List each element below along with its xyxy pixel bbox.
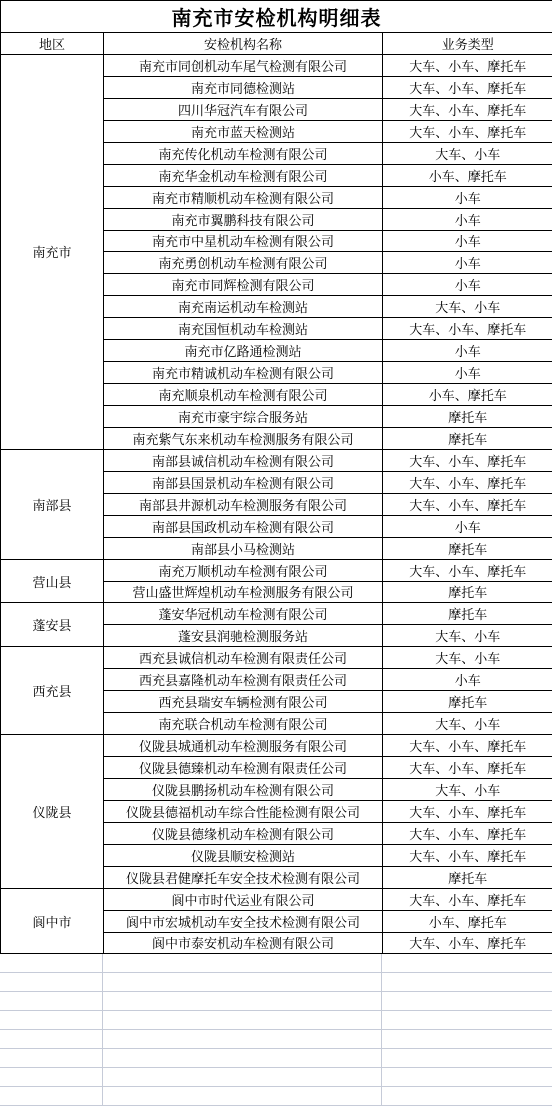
business-type-cell[interactable]: 大车、小车、摩托车 (383, 844, 552, 866)
region-cell[interactable]: 西充县 (1, 647, 104, 735)
business-type-cell[interactable]: 小车、摩托车 (383, 384, 552, 406)
empty-grid-row (0, 973, 552, 992)
org-name-cell[interactable]: 南充市蓝天检测站 (104, 120, 383, 142)
business-type-cell[interactable]: 摩托车 (383, 581, 552, 603)
empty-cell[interactable] (103, 973, 382, 992)
business-type-cell[interactable]: 大车、小车、摩托车 (383, 98, 552, 120)
org-name-cell[interactable]: 南充市翼鹏科技有限公司 (104, 208, 383, 230)
org-name-cell[interactable]: 蓬安华冠机动车检测有限公司 (104, 603, 383, 625)
business-type-cell[interactable]: 小车 (383, 340, 552, 362)
business-type-cell[interactable]: 大车、小车、摩托车 (383, 318, 552, 340)
empty-cell[interactable] (382, 1087, 552, 1106)
org-name-cell[interactable]: 南部县井源机动车检测服务有限公司 (104, 493, 383, 515)
business-type-cell[interactable]: 大车、小车、摩托车 (383, 757, 552, 779)
empty-cell[interactable] (0, 1049, 103, 1068)
spreadsheet-area: 南充市安检机构明细表 地区 安检机构名称 业务类型 南充市南充市同创机动车尾气检… (0, 0, 552, 1106)
empty-cell[interactable] (0, 992, 103, 1011)
business-type-cell[interactable]: 小车 (383, 252, 552, 274)
empty-cell[interactable] (103, 954, 382, 973)
org-name-cell[interactable]: 仪陇县鹏扬机动车检测有限公司 (104, 778, 383, 800)
org-name-cell[interactable]: 西充县瑞安车辆检测有限公司 (104, 691, 383, 713)
empty-cell[interactable] (0, 1068, 103, 1087)
empty-grid-row (0, 992, 552, 1011)
business-type-cell[interactable]: 大车、小车、摩托车 (383, 932, 552, 954)
table-row: 蓬安县蓬安华冠机动车检测有限公司摩托车 (1, 603, 552, 625)
org-name-cell[interactable]: 南充华金机动车检测有限公司 (104, 164, 383, 186)
business-type-cell[interactable]: 摩托车 (383, 406, 552, 428)
table-row: 阆中市阆中市时代运业有限公司大车、小车、摩托车 (1, 888, 552, 910)
org-name-cell[interactable]: 营山盛世辉煌机动车检测服务有限公司 (104, 581, 383, 603)
org-name-cell[interactable]: 南充市同辉检测有限公司 (104, 274, 383, 296)
empty-cell[interactable] (103, 992, 382, 1011)
empty-grid (0, 954, 552, 1106)
business-type-cell[interactable]: 大车、小车、摩托车 (383, 800, 552, 822)
business-type-cell[interactable]: 大车、小车、摩托车 (383, 76, 552, 98)
empty-cell[interactable] (382, 954, 552, 973)
org-name-cell[interactable]: 仪陇县德臻机动车检测有限责任公司 (104, 757, 383, 779)
org-name-cell[interactable]: 南充联合机动车检测有限公司 (104, 713, 383, 735)
empty-grid-row (0, 1087, 552, 1106)
org-name-cell[interactable]: 南充传化机动车检测有限公司 (104, 142, 383, 164)
business-type-cell[interactable]: 小车 (383, 208, 552, 230)
business-type-cell[interactable]: 摩托车 (383, 537, 552, 559)
business-type-cell[interactable]: 大车、小车、摩托车 (383, 55, 552, 77)
empty-grid-row (0, 1068, 552, 1087)
org-name-cell[interactable]: 南充市中星机动车检测有限公司 (104, 230, 383, 252)
org-name-cell[interactable]: 南部县小马检测站 (104, 537, 383, 559)
org-name-cell[interactable]: 南部县国景机动车检测有限公司 (104, 471, 383, 493)
business-type-cell[interactable]: 大车、小车、摩托车 (383, 735, 552, 757)
org-name-cell[interactable]: 南充顺泉机动车检测有限公司 (104, 384, 383, 406)
org-name-cell[interactable]: 阆中市宏城机动车安全技术检测有限公司 (104, 910, 383, 932)
business-type-cell[interactable]: 小车 (383, 274, 552, 296)
org-name-cell[interactable]: 西充县诚信机动车检测有限责任公司 (104, 647, 383, 669)
empty-cell[interactable] (0, 1087, 103, 1106)
business-type-cell[interactable]: 大车、小车、摩托车 (383, 471, 552, 493)
org-name-cell[interactable]: 南部县国政机动车检测有限公司 (104, 515, 383, 537)
empty-grid-row (0, 1049, 552, 1068)
col-header-org-name[interactable]: 安检机构名称 (104, 33, 383, 55)
business-type-cell[interactable]: 摩托车 (383, 427, 552, 449)
org-name-cell[interactable]: 仪陇县德福机动车综合性能检测有限公司 (104, 800, 383, 822)
empty-cell[interactable] (103, 1011, 382, 1030)
business-type-cell[interactable]: 大车、小车 (383, 625, 552, 647)
business-type-cell[interactable]: 大车、小车、摩托车 (383, 888, 552, 910)
empty-cell[interactable] (382, 973, 552, 992)
business-type-cell[interactable]: 大车、小车 (383, 778, 552, 800)
inspection-table: 地区 安检机构名称 业务类型 南充市南充市同创机动车尾气检测有限公司大车、小车、… (0, 32, 552, 954)
org-name-cell[interactable]: 南充紫气东来机动车检测服务有限公司 (104, 427, 383, 449)
org-name-cell[interactable]: 南充国恒机动车检测站 (104, 318, 383, 340)
business-type-cell[interactable]: 小车 (383, 515, 552, 537)
org-name-cell[interactable]: 仪陇县顺安检测站 (104, 844, 383, 866)
org-name-cell[interactable]: 南充市精顺机动车检测有限公司 (104, 186, 383, 208)
business-type-cell[interactable]: 摩托车 (383, 691, 552, 713)
business-type-cell[interactable]: 大车、小车、摩托车 (383, 493, 552, 515)
org-name-cell[interactable]: 南部县诚信机动车检测有限公司 (104, 449, 383, 471)
region-cell[interactable]: 蓬安县 (1, 603, 104, 647)
region-cell[interactable]: 南部县 (1, 449, 104, 559)
col-header-region[interactable]: 地区 (1, 33, 104, 55)
empty-grid-row (0, 954, 552, 973)
org-name-cell[interactable]: 蓬安县润驰检测服务站 (104, 625, 383, 647)
business-type-cell[interactable]: 大车、小车、摩托车 (383, 822, 552, 844)
empty-cell[interactable] (0, 973, 103, 992)
business-type-cell[interactable]: 小车 (383, 230, 552, 252)
empty-cell[interactable] (382, 992, 552, 1011)
business-type-cell[interactable]: 小车 (383, 186, 552, 208)
business-type-cell[interactable]: 摩托车 (383, 603, 552, 625)
region-cell[interactable]: 营山县 (1, 559, 104, 603)
table-body: 南充市南充市同创机动车尾气检测有限公司大车、小车、摩托车南充市同德检测站大车、小… (1, 55, 552, 954)
org-name-cell[interactable]: 仪陇县君健摩托车安全技术检测有限公司 (104, 866, 383, 888)
empty-cell[interactable] (382, 1011, 552, 1030)
table-row: 营山县南充万顺机动车检测有限公司大车、小车、摩托车 (1, 559, 552, 581)
business-type-cell[interactable]: 大车、小车、摩托车 (383, 120, 552, 142)
org-name-cell[interactable]: 南充市豪宇综合服务站 (104, 406, 383, 428)
region-cell[interactable]: 仪陇县 (1, 735, 104, 889)
table-row: 南充市南充市同创机动车尾气检测有限公司大车、小车、摩托车 (1, 55, 552, 77)
business-type-cell[interactable]: 大车、小车 (383, 296, 552, 318)
org-name-cell[interactable]: 仪陇县德缘机动车检测有限公司 (104, 822, 383, 844)
empty-cell[interactable] (382, 1049, 552, 1068)
org-name-cell[interactable]: 四川华冠汽车有限公司 (104, 98, 383, 120)
org-name-cell[interactable]: 南充市同创机动车尾气检测有限公司 (104, 55, 383, 77)
table-row: 南部县南部县诚信机动车检测有限公司大车、小车、摩托车 (1, 449, 552, 471)
table-row: 仪陇县仪陇县城通机动车检测服务有限公司大车、小车、摩托车 (1, 735, 552, 757)
empty-cell[interactable] (382, 1068, 552, 1087)
org-name-cell[interactable]: 南充万顺机动车检测有限公司 (104, 559, 383, 581)
org-name-cell[interactable]: 西充县嘉隆机动车检测有限责任公司 (104, 669, 383, 691)
org-name-cell[interactable]: 仪陇县城通机动车检测服务有限公司 (104, 735, 383, 757)
empty-cell[interactable] (382, 1030, 552, 1049)
table-title[interactable]: 南充市安检机构明细表 (0, 0, 552, 32)
region-cell[interactable]: 阆中市 (1, 888, 104, 954)
header-row: 地区 安检机构名称 业务类型 (1, 33, 552, 55)
business-type-cell[interactable]: 小车、摩托车 (383, 910, 552, 932)
empty-cell[interactable] (103, 1087, 382, 1106)
business-type-cell[interactable]: 小车 (383, 669, 552, 691)
business-type-cell[interactable]: 小车、摩托车 (383, 164, 552, 186)
business-type-cell[interactable]: 大车、小车、摩托车 (383, 559, 552, 581)
empty-grid-row (0, 1030, 552, 1049)
empty-grid-row (0, 1011, 552, 1030)
empty-cell[interactable] (0, 1030, 103, 1049)
business-type-cell[interactable]: 大车、小车 (383, 713, 552, 735)
business-type-cell[interactable]: 小车 (383, 362, 552, 384)
business-type-cell[interactable]: 大车、小车 (383, 142, 552, 164)
org-name-cell[interactable]: 南充市亿路通检测站 (104, 340, 383, 362)
business-type-cell[interactable]: 摩托车 (383, 866, 552, 888)
empty-cell[interactable] (103, 1030, 382, 1049)
col-header-business-type[interactable]: 业务类型 (383, 33, 552, 55)
table-row: 西充县西充县诚信机动车检测有限责任公司大车、小车 (1, 647, 552, 669)
org-name-cell[interactable]: 南充勇创机动车检测有限公司 (104, 252, 383, 274)
business-type-cell[interactable]: 大车、小车 (383, 647, 552, 669)
org-name-cell[interactable]: 南充南运机动车检测站 (104, 296, 383, 318)
org-name-cell[interactable]: 阆中市泰安机动车检测有限公司 (104, 932, 383, 954)
empty-cell[interactable] (103, 1049, 382, 1068)
org-name-cell[interactable]: 南充市精诚机动车检测有限公司 (104, 362, 383, 384)
region-cell[interactable]: 南充市 (1, 55, 104, 450)
business-type-cell[interactable]: 大车、小车、摩托车 (383, 449, 552, 471)
org-name-cell[interactable]: 南充市同德检测站 (104, 76, 383, 98)
empty-cell[interactable] (103, 1068, 382, 1087)
empty-cell[interactable] (0, 1011, 103, 1030)
org-name-cell[interactable]: 阆中市时代运业有限公司 (104, 888, 383, 910)
empty-cell[interactable] (0, 954, 103, 973)
